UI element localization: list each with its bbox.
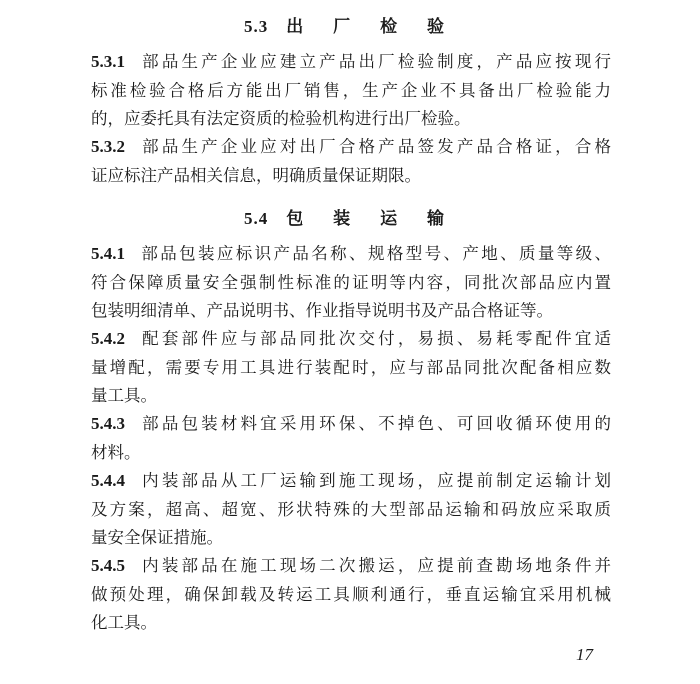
clause-line: 5.4.1部品包装应标识产品名称、规格型号、产地、质量等级、 — [91, 240, 611, 269]
clause-5-4-5: 5.4.5内装部品在施工现场二次搬运，应提前查勘场地条件并 做预处理，确保卸载及… — [91, 552, 611, 638]
section-number: 5.3 — [244, 17, 268, 36]
clause-line: 的，应委托具有法定资质的检验机构进行出厂检验。 — [91, 105, 611, 134]
section-title: 出 厂 检 验 — [286, 17, 456, 37]
clause-line: 5.3.2部品生产企业应对出厂合格产品签发产品合格证，合格 — [91, 133, 611, 162]
section-title: 包 装 运 输 — [286, 209, 456, 229]
clause-line: 材料。 — [91, 439, 611, 468]
clause-5-3-1: 5.3.1部品生产企业应建立产品出厂检验制度，产品应按现行 标准检验合格后方能出… — [91, 48, 611, 134]
clause-5-4-4: 5.4.4内装部品从工厂运输到施工现场，应提前制定运输计划 及方案，超高、超宽、… — [91, 467, 611, 553]
clause-line: 化工具。 — [91, 609, 611, 638]
clause-number: 5.3.2 — [91, 137, 125, 156]
clause-number: 5.4.2 — [91, 329, 125, 348]
clause-line: 5.4.2配套部件应与部品同批次交付，易损、易耗零配件宜适 — [91, 325, 611, 354]
clause-5-4-3: 5.4.3部品包装材料宜采用环保、不掉色、可回收循环使用的 材料。 — [91, 410, 611, 467]
clause-line: 量增配，需要专用工具进行装配时，应与部品同批次配备相应数 — [91, 354, 611, 383]
clause-line: 5.3.1部品生产企业应建立产品出厂检验制度，产品应按现行 — [91, 48, 611, 77]
section-heading-5-4: 5.4包 装 运 输 — [0, 204, 700, 229]
clause-5-4-1: 5.4.1部品包装应标识产品名称、规格型号、产地、质量等级、 符合保障质量安全强… — [91, 240, 611, 326]
clause-number: 5.4.1 — [91, 244, 125, 263]
section-number: 5.4 — [244, 209, 268, 228]
clause-line: 5.4.4内装部品从工厂运输到施工现场，应提前制定运输计划 — [91, 467, 611, 496]
clause-line: 证应标注产品相关信息，明确质量保证期限。 — [91, 162, 611, 191]
clause-line: 量工具。 — [91, 382, 611, 411]
page-number: 17 — [576, 645, 593, 665]
clause-line: 5.4.3部品包装材料宜采用环保、不掉色、可回收循环使用的 — [91, 410, 611, 439]
clause-line: 做预处理，确保卸载及转运工具顺利通行，垂直运输宜采用机械 — [91, 581, 611, 610]
clause-5-4-2: 5.4.2配套部件应与部品同批次交付，易损、易耗零配件宜适 量增配，需要专用工具… — [91, 325, 611, 411]
clause-number: 5.4.5 — [91, 556, 125, 575]
clause-line: 包装明细清单、产品说明书、作业指导说明书及产品合格证等。 — [91, 297, 611, 326]
clause-line: 量安全保证措施。 — [91, 524, 611, 553]
clause-number: 5.3.1 — [91, 52, 125, 71]
clause-line: 标准检验合格后方能出厂销售，生产企业不具备出厂检验能力 — [91, 77, 611, 106]
clause-line: 5.4.5内装部品在施工现场二次搬运，应提前查勘场地条件并 — [91, 552, 611, 581]
clause-number: 5.4.3 — [91, 414, 125, 433]
document-page: 5.3出 厂 检 验 5.3.1部品生产企业应建立产品出厂检验制度，产品应按现行… — [0, 0, 700, 684]
clause-line: 及方案，超高、超宽、形状特殊的大型部品运输和码放应采取质 — [91, 496, 611, 525]
clause-line: 符合保障质量安全强制性标准的证明等内容，同批次部品应内置 — [91, 269, 611, 298]
section-heading-5-3: 5.3出 厂 检 验 — [0, 12, 700, 37]
clause-5-3-2: 5.3.2部品生产企业应对出厂合格产品签发产品合格证，合格 证应标注产品相关信息… — [91, 133, 611, 190]
clause-number: 5.4.4 — [91, 471, 125, 490]
